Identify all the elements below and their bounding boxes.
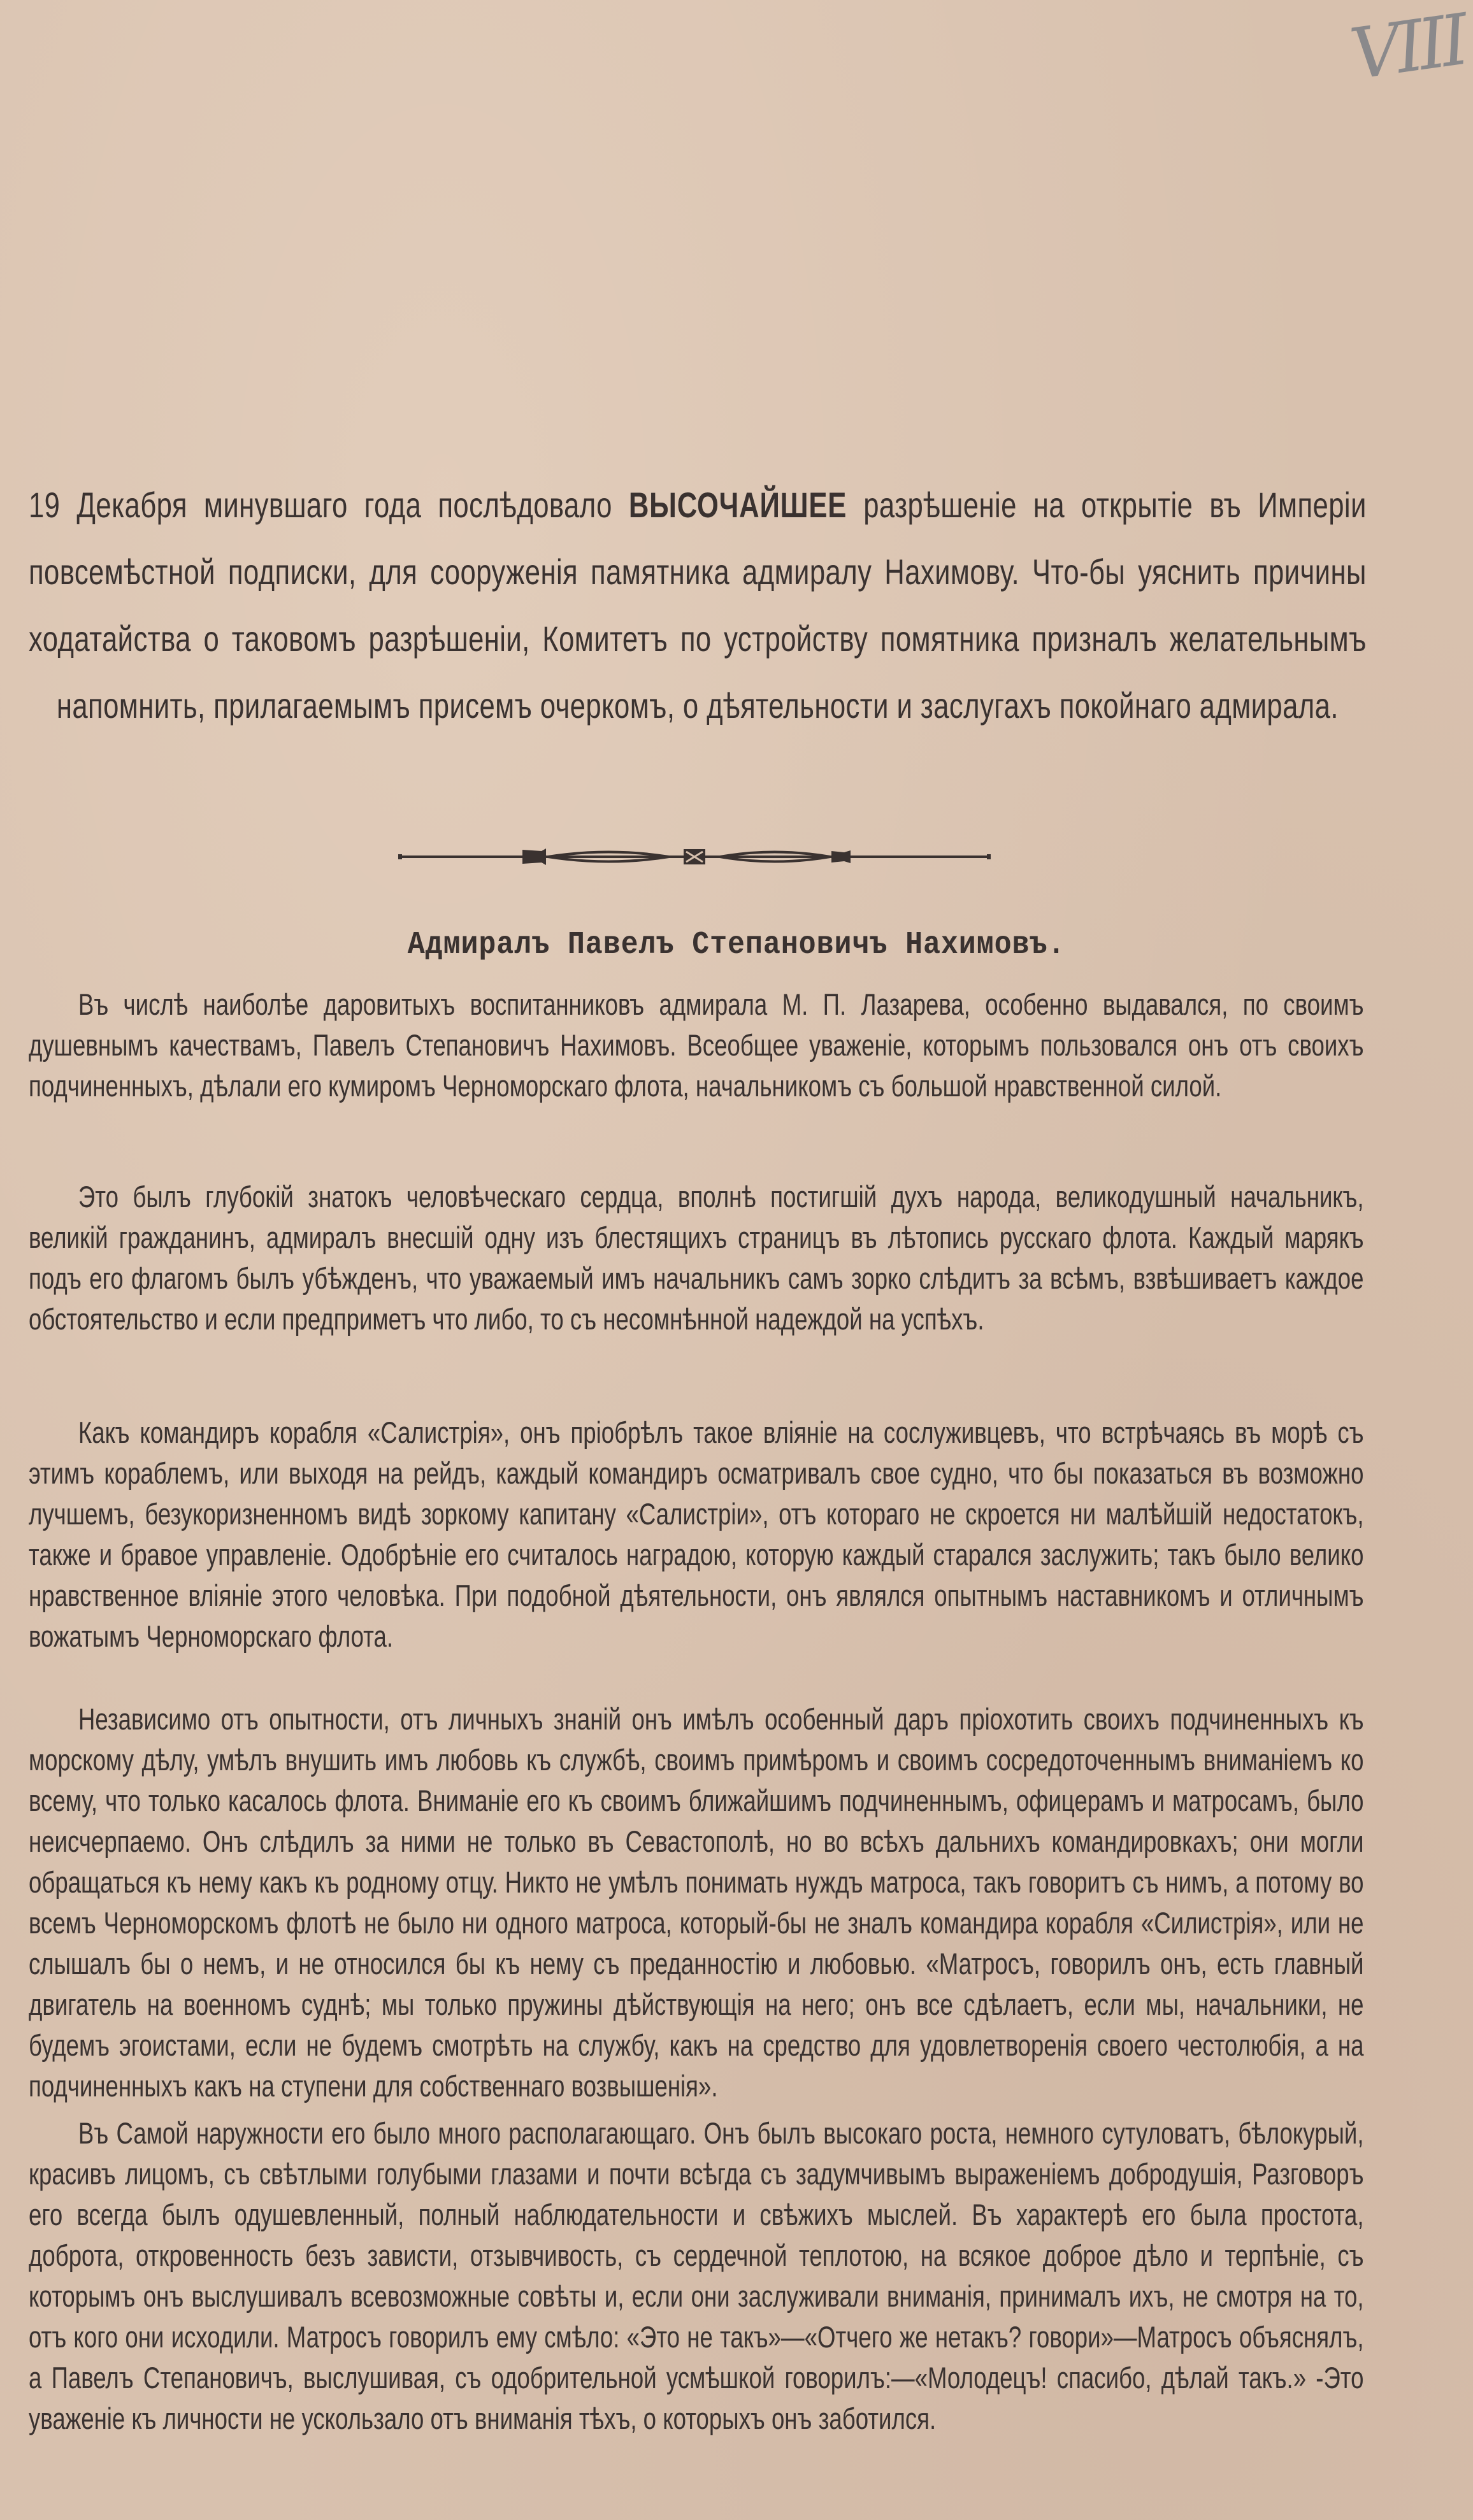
intro-emphasis: ВЫСОЧАЙШЕЕ (629, 485, 847, 525)
paragraph-5: Въ Самой наружности его было много распо… (29, 2113, 1363, 2431)
paragraph-4: Независимо отъ опытности, отъ личныхъ зн… (29, 1699, 1363, 2094)
paragraph-2: Это былъ глубокій знатокъ человѣческаго … (29, 1177, 1363, 1393)
paragraph-1: Въ числѣ наиболѣе даровитыхъ воспитанник… (29, 984, 1363, 1157)
ornamental-divider-icon (398, 847, 991, 866)
intro-text-before: 19 Декабря минувшаго года послѣдовало (29, 485, 629, 525)
article-title: Адмиралъ Павелъ Степановичъ Нахимовъ. (74, 927, 1400, 963)
pencil-margin-mark: VIII (1346, 0, 1469, 96)
document-page: VIII 19 Декабря минувшаго года послѣдова… (0, 0, 1473, 2520)
paragraph-3: Какъ командиръ корабля «Салистрія», онъ … (29, 1412, 1363, 1680)
article-body: Въ числѣ наиболѣе даровитыхъ воспитанник… (29, 984, 1363, 2431)
intro-paragraph: 19 Декабря минувшаго года послѣдовало ВЫ… (29, 471, 1367, 739)
